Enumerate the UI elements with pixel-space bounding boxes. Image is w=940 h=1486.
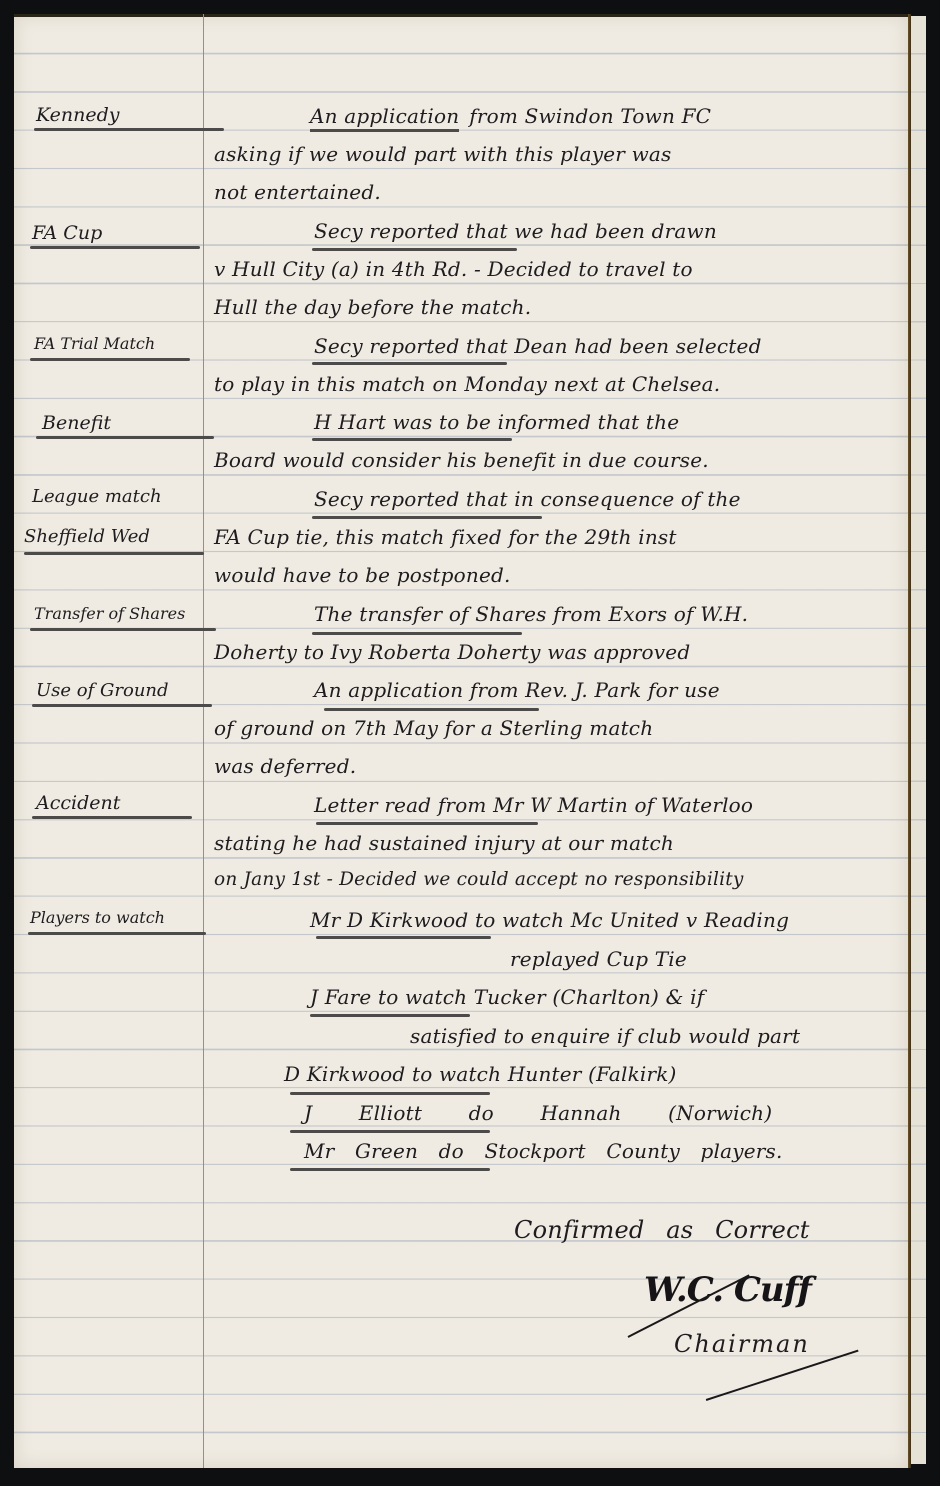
- text-underline: [312, 362, 507, 365]
- text-underline: [312, 632, 522, 635]
- entry-text-players-2: replayed Cup Tie: [510, 947, 687, 971]
- text-underline: [312, 248, 517, 251]
- entry-text-benefit-1: H Hart was to be informed that the: [314, 410, 679, 434]
- entry-text-accident-3: on Jany 1st - Decided we could accept no…: [214, 869, 744, 890]
- entry-text-transfer-2: Doherty to Ivy Roberta Doherty was appro…: [214, 640, 690, 664]
- entry-text-trial-1: Secy reported that Dean had been selecte…: [314, 334, 762, 358]
- text-underline: [312, 438, 512, 441]
- text-underline: [316, 822, 538, 825]
- margin-heading-use-of-ground: Use of Ground: [36, 680, 169, 701]
- margin-underline: [24, 552, 204, 555]
- entry-text-ground-1: An application from Rev. J. Park for use: [314, 678, 720, 702]
- margin-underline: [28, 932, 206, 935]
- margin-underline: [30, 358, 190, 361]
- entry-text-accident-1: Letter read from Mr W Martin of Waterloo: [314, 793, 753, 817]
- margin-heading-players-to-watch: Players to watch: [30, 908, 165, 927]
- entry-text-league-1: Secy reported that in consequence of the: [314, 487, 741, 511]
- margin-heading-benefit: Benefit: [42, 412, 111, 434]
- margin-underline: [32, 704, 212, 707]
- entry-text-players-4: satisfied to enquire if club would part: [410, 1024, 800, 1048]
- margin-heading-kennedy: Kennedy: [36, 104, 120, 126]
- entry-text-fa-cup-1: Secy reported that we had been drawn: [314, 219, 717, 243]
- text-underline: [310, 1014, 470, 1017]
- text-underline: [290, 1130, 490, 1133]
- text-underline: [312, 516, 542, 519]
- text-underline: [290, 1168, 490, 1171]
- entry-text-trial-2: to play in this match on Monday next at …: [214, 372, 720, 396]
- entry-text-players-3: J Fare to watch Tucker (Charlton) & if: [310, 985, 704, 1009]
- text-underline: [316, 936, 491, 939]
- confirmation-text: Confirmed as Correct: [514, 1216, 810, 1244]
- margin-heading-accident: Accident: [36, 792, 120, 814]
- ledger-page: Kennedy FA Cup FA Trial Match Benefit Le…: [14, 14, 908, 1468]
- margin-underline: [30, 246, 200, 249]
- entry-text-kennedy-1-rest: from Swindon Town FC: [469, 104, 711, 128]
- entry-text-players-5: D Kirkwood to watch Hunter (Falkirk): [284, 1062, 677, 1086]
- entry-text-fa-cup-2: v Hull City (a) in 4th Rd. - Decided to …: [214, 257, 693, 281]
- red-margin-rule: [203, 14, 204, 1468]
- underlined-lead: An application: [310, 104, 459, 132]
- entry-text-ground-3: was deferred.: [214, 754, 356, 778]
- adjacent-page-edge: [911, 16, 926, 1464]
- entry-text-league-3: would have to be postponed.: [214, 563, 511, 587]
- entry-text-players-6: J Elliott do Hannah (Norwich): [304, 1101, 772, 1125]
- margin-heading-fa-cup: FA Cup: [32, 222, 102, 244]
- margin-underline: [36, 436, 214, 439]
- margin-heading-fa-trial-match: FA Trial Match: [34, 334, 155, 353]
- entry-text-transfer-1: The transfer of Shares from Exors of W.H…: [314, 602, 748, 626]
- entry-text-kennedy-3: not entertained.: [214, 180, 381, 204]
- chairman-title: Chairman: [674, 1330, 810, 1358]
- entry-text-players-7: Mr Green do Stockport County players.: [304, 1139, 783, 1163]
- text-underline: [290, 1092, 490, 1095]
- entry-text-fa-cup-3: Hull the day before the match.: [214, 295, 531, 319]
- margin-underline: [30, 628, 216, 631]
- entry-text-players-1: Mr D Kirkwood to watch Mc United v Readi…: [310, 908, 789, 932]
- margin-underline: [32, 816, 192, 819]
- margin-heading-transfer-of-shares: Transfer of Shares: [34, 604, 185, 623]
- chairman-signature: W.C. Cuff: [644, 1270, 811, 1310]
- margin-underline: [34, 128, 224, 131]
- margin-heading-sheffield-wed: Sheffield Wed: [24, 526, 150, 547]
- entry-text-accident-2: stating he had sustained injury at our m…: [214, 831, 674, 855]
- margin-heading-league-match: League match: [32, 486, 162, 507]
- entry-line: An application: [310, 104, 459, 128]
- text-underline: [324, 708, 539, 711]
- entry-text-league-2: FA Cup tie, this match fixed for the 29t…: [214, 525, 677, 549]
- entry-text-ground-2: of ground on 7th May for a Sterling matc…: [214, 716, 653, 740]
- entry-text-benefit-2: Board would consider his benefit in due …: [214, 448, 709, 472]
- entry-text-kennedy-2: asking if we would part with this player…: [214, 142, 672, 166]
